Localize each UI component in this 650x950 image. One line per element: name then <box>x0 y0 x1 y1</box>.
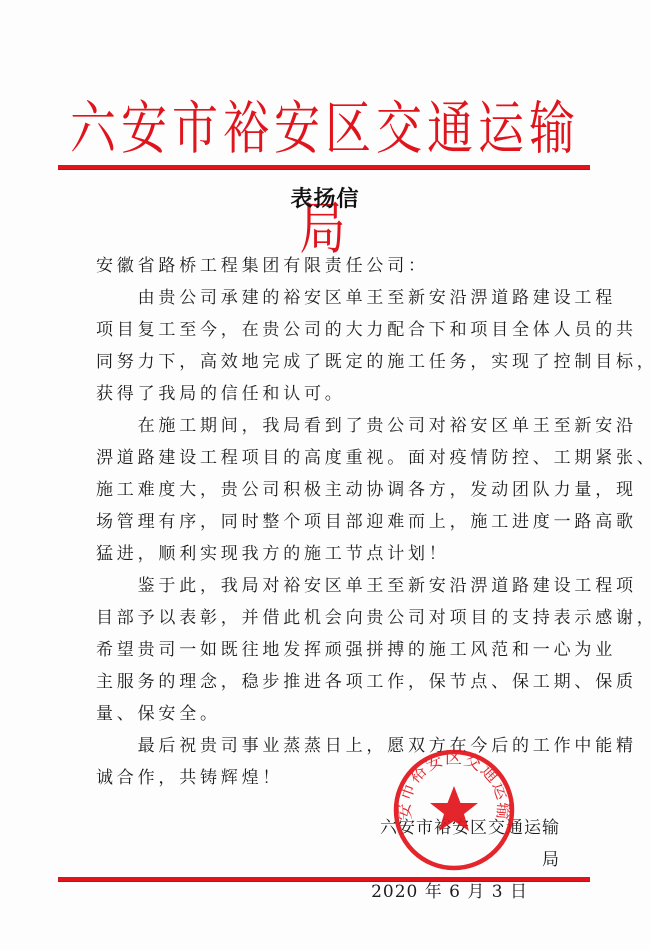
paragraph-3: 鉴于此，我局对裕安区单王至新安沿淠道路建设工程项 目部予以表彰，并借此机会向贵公… <box>96 570 566 730</box>
paragraph-line: 项目复工至今，在贵公司的大力配合下和项目全体人员的共 <box>96 314 566 346</box>
paragraph-line: 希望贵司一如既往地发挥顽强拼搏的施工风范和一心为业 <box>96 634 566 666</box>
signature-block: 六安市裕安区交通运输局 2020 年 6 月 3 日 <box>370 812 560 908</box>
paragraph-line: 猛进，顺利实现我方的施工节点计划！ <box>96 538 566 570</box>
paragraph-line: 淠道路建设工程项目的高度重视。面对疫情防控、工期紧张、 <box>96 442 566 474</box>
paragraph-4: 最后祝贵司事业蒸蒸日上，愿双方在今后的工作中能精 诚合作，共铸辉煌！ <box>96 730 566 794</box>
footer-divider <box>58 877 590 882</box>
paragraph-line: 施工难度大，贵公司积极主动协调各方，发动团队力量，现 <box>96 474 566 506</box>
letter-page: 六安市裕安区交通运输局 表扬信 安徽省路桥工程集团有限责任公司： 由贵公司承建的… <box>0 0 650 950</box>
salutation: 安徽省路桥工程集团有限责任公司： <box>96 250 566 282</box>
paragraph-line: 场管理有序，同时整个项目部迎难而上，施工进度一路高歌 <box>96 506 566 538</box>
masthead-title: 六安市裕安区交通运输局 <box>60 78 590 278</box>
paragraph-line: 获得了我局的信任和认可。 <box>96 378 566 410</box>
paragraph-line: 目部予以表彰，并借此机会向贵公司对项目的支持表示感谢， <box>96 602 566 634</box>
document-title: 表扬信 <box>0 182 650 213</box>
paragraph-line: 同努力下，高效地完成了既定的施工任务，实现了控制目标， <box>96 346 566 378</box>
paragraph-1: 由贵公司承建的裕安区单王至新安沿淠道路建设工程 项目复工至今，在贵公司的大力配合… <box>96 282 566 410</box>
paragraph-line: 诚合作，共铸辉煌！ <box>96 762 566 794</box>
paragraph-line: 最后祝贵司事业蒸蒸日上，愿双方在今后的工作中能精 <box>96 730 566 762</box>
signature-organization: 六安市裕安区交通运输局 <box>370 812 560 876</box>
paragraph-line: 由贵公司承建的裕安区单王至新安沿淠道路建设工程 <box>96 282 566 314</box>
paragraph-line: 在施工期间，我局看到了贵公司对裕安区单王至新安沿 <box>96 410 566 442</box>
paragraph-line: 鉴于此，我局对裕安区单王至新安沿淠道路建设工程项 <box>96 570 566 602</box>
paragraph-line: 量、保安全。 <box>96 698 566 730</box>
masthead-divider <box>58 165 590 170</box>
letter-body: 安徽省路桥工程集团有限责任公司： 由贵公司承建的裕安区单王至新安沿淠道路建设工程… <box>96 250 566 794</box>
paragraph-line: 主服务的理念，稳步推进各项工作，保节点、保工期、保质 <box>96 666 566 698</box>
paragraph-2: 在施工期间，我局看到了贵公司对裕安区单王至新安沿 淠道路建设工程项目的高度重视。… <box>96 410 566 570</box>
